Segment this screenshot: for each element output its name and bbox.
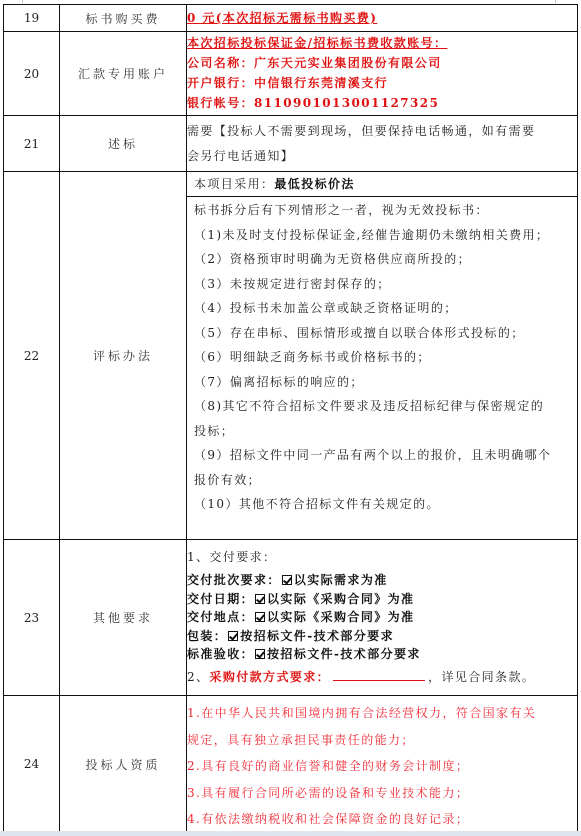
qualification-item: 4.有依法缴纳税收和社会保障资金的良好记录； xyxy=(187,806,577,833)
row-label: 投标人资质 xyxy=(60,696,187,834)
row-number: 23 xyxy=(4,540,60,696)
table-row-23: 23 其他要求 1、交付要求： 交付批次要求：以实际需求为准 交付日期：以实际《… xyxy=(4,540,578,696)
delivery-item-packaging: 包装：按招标文件-技术部分要求 xyxy=(187,627,577,646)
item-value: 以实际《采购合同》为准 xyxy=(267,610,414,624)
tender-info-table: 19 标书购买费 0 元(本次招标无需标书购买费) 20 汇款专用账户 本次招标… xyxy=(3,4,578,834)
delivery-item-location: 交付地点：以实际《采购合同》为准 xyxy=(187,608,577,627)
row-label: 其他要求 xyxy=(60,540,187,696)
condition-item: （1)未及时支付投标保证金,经催告逾期仍未缴纳相关费用； xyxy=(194,223,569,248)
page-corner-mark-left xyxy=(12,0,23,3)
table-row-21: 21 述标 需要【投标人不需要到现场，但要保持电话畅通，如有需要 会另行电话通知… xyxy=(4,116,578,172)
method-value: 最低投标价法 xyxy=(274,177,354,191)
delivery-items: 交付批次要求：以实际需求为准 交付日期：以实际《采购合同》为准 交付地点：以实际… xyxy=(187,571,577,664)
qualification-item: 1.在中华人民共和国境内拥有合法经营权力，符合国家有关 xyxy=(187,700,577,727)
method-prefix: 本项目采用： xyxy=(194,177,274,191)
item-key: 交付日期： xyxy=(187,592,254,606)
table-row-24: 24 投标人资质 1.在中华人民共和国境内拥有合法经营权力，符合国家有关 规定，… xyxy=(4,696,578,834)
row-label: 述标 xyxy=(60,116,187,172)
delivery-item-date: 交付日期：以实际《采购合同》为准 xyxy=(187,590,577,609)
delivery-heading: 1、交付要求： xyxy=(187,545,577,569)
table-row-19: 19 标书购买费 0 元(本次招标无需标书购买费) xyxy=(4,5,578,32)
item-value: 以实际《采购合同》为准 xyxy=(267,592,414,606)
condition-item: （2）资格预审时明确为无资格供应商所投的； xyxy=(194,247,569,272)
invalid-bid-conditions: 标书拆分后有下列情形之一者，视为无效投标书： （1)未及时支付投标保证金,经催告… xyxy=(187,197,577,519)
item-key: 标准验收： xyxy=(187,647,254,661)
company-name: 公司名称：广东天元实业集团股份有限公司 xyxy=(187,53,577,73)
row-content: 1、交付要求： 交付批次要求：以实际需求为准 交付日期：以实际《采购合同》为准 … xyxy=(187,540,578,696)
item-key: 包装： xyxy=(187,629,227,643)
row-content: 需要【投标人不需要到现场，但要保持电话畅通，如有需要 会另行电话通知】 xyxy=(187,116,578,172)
checkbox-checked-icon[interactable] xyxy=(255,594,265,604)
presentation-text-line: 会另行电话通知】 xyxy=(187,144,577,169)
payment-prefix: 2、 xyxy=(187,670,209,684)
payment-blank-field[interactable] xyxy=(333,668,425,681)
condition-item: （5）存在串标、围标情形或擅自以联合体形式投标的； xyxy=(194,321,569,346)
bank-name: 开户银行：中信银行东莞清溪支行 xyxy=(187,73,577,93)
table-row-20: 20 汇款专用账户 本次招标投标保证金/招标标书费收款账号： 公司名称：广东天元… xyxy=(4,32,578,116)
qualification-item: 3.具有履行合同所必需的设备和专业技术能力； xyxy=(187,780,577,807)
item-value: 以实际需求为准 xyxy=(294,573,388,587)
item-key: 交付批次要求： xyxy=(187,573,281,587)
payment-suffix: ，详见合同条款。 xyxy=(428,670,535,684)
condition-item: （6）明细缺乏商务标书或价格标书的； xyxy=(194,345,569,370)
condition-item: （9）招标文件中同一产品有两个以上的报价，且未明确哪个 xyxy=(194,443,569,468)
condition-intro: 标书拆分后有下列情形之一者，视为无效投标书： xyxy=(194,198,569,223)
account-heading: 本次招标投标保证金/招标标书费收款账号： xyxy=(187,34,577,53)
item-value: 按招标文件-技术部分要求 xyxy=(267,647,421,661)
table-row-22: 22 评标办法 本项目采用：最低投标价法 标书拆分后有下列情形之一者，视为无效投… xyxy=(4,172,578,540)
row-label: 汇款专用账户 xyxy=(60,32,187,116)
qualification-item-cont: 规定，具有独立承担民事责任的能力； xyxy=(187,727,577,754)
checkbox-checked-icon[interactable] xyxy=(255,649,265,659)
row-content: 本次招标投标保证金/招标标书费收款账号： 公司名称：广东天元实业集团股份有限公司… xyxy=(187,32,578,116)
checkbox-checked-icon[interactable] xyxy=(282,575,292,585)
evaluation-method: 本项目采用：最低投标价法 xyxy=(187,172,577,197)
condition-item-cont: 报价有效； xyxy=(194,468,569,493)
payment-label: 采购付款方式要求： xyxy=(209,670,330,684)
presentation-text-line: 需要【投标人不需要到现场，但要保持电话畅通，如有需要 xyxy=(187,119,577,144)
payment-requirement: 2、采购付款方式要求：，详见合同条款。 xyxy=(187,664,577,690)
page-corner-mark-right xyxy=(555,0,566,3)
condition-item: （10）其他不符合招标文件有关规定的。 xyxy=(194,492,569,517)
condition-item: （7）偏离招标标的响应的； xyxy=(194,370,569,395)
row-content: 0 元(本次招标无需标书购买费) xyxy=(187,5,578,32)
row-label: 评标办法 xyxy=(60,172,187,540)
item-key: 交付地点： xyxy=(187,610,254,624)
row-number: 19 xyxy=(4,5,60,32)
delivery-item-batch: 交付批次要求：以实际需求为准 xyxy=(187,571,577,590)
checkbox-checked-icon[interactable] xyxy=(255,612,265,622)
qualification-item: 2.具有良好的商业信誉和健全的财务会计制度； xyxy=(187,753,577,780)
row-number: 24 xyxy=(4,696,60,834)
row-number: 20 xyxy=(4,32,60,116)
item-value: 按招标文件-技术部分要求 xyxy=(240,629,394,643)
row-number: 22 xyxy=(4,172,60,540)
row-content: 本项目采用：最低投标价法 标书拆分后有下列情形之一者，视为无效投标书： （1)未… xyxy=(187,172,578,540)
row-label: 标书购买费 xyxy=(60,5,187,32)
condition-item: （3）未按规定进行密封保存的； xyxy=(194,272,569,297)
bank-account-number: 银行帐号：8110901013001127325 xyxy=(187,93,577,113)
delivery-item-acceptance: 标准验收：按招标文件-技术部分要求 xyxy=(187,645,577,664)
condition-item: （8)其它不符合招标文件要求及违反招标纪律与保密规定的 xyxy=(194,394,569,419)
document-fee-text: 0 元(本次招标无需标书购买费) xyxy=(187,7,577,29)
row-content: 1.在中华人民共和国境内拥有合法经营权力，符合国家有关 规定，具有独立承担民事责… xyxy=(187,696,578,834)
condition-item: （4）投标书未加盖公章或缺乏资格证明的； xyxy=(194,296,569,321)
condition-item-cont: 投标； xyxy=(194,419,569,444)
viewer-bottom-edge xyxy=(0,831,581,836)
checkbox-checked-icon[interactable] xyxy=(228,631,238,641)
row-number: 21 xyxy=(4,116,60,172)
